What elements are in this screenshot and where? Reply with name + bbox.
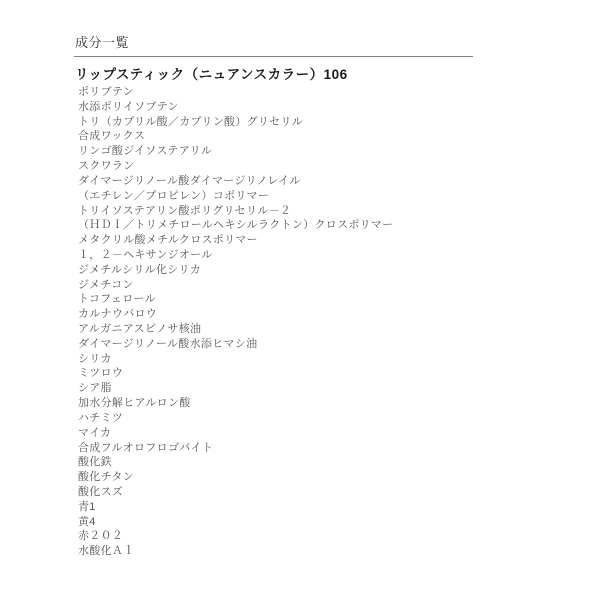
ingredient-item: ダイマージリノール酸ダイマージリノレイル <box>78 174 538 189</box>
ingredient-item: １，２－ヘキサンジオール <box>78 248 538 263</box>
ingredient-item: （エチレン／プロピレン）コポリマー <box>78 189 538 204</box>
ingredient-item: シリカ <box>78 352 538 367</box>
ingredient-item: リンゴ酸ジイソステアリル <box>78 144 538 159</box>
ingredient-item: ミツロウ <box>78 366 538 381</box>
ingredient-item: ジメチコン <box>78 278 538 293</box>
ingredient-item: メタクリル酸メチルクロスポリマー <box>78 233 538 248</box>
ingredient-item: 水酸化Ａｌ <box>78 544 538 559</box>
ingredient-item: ジメチルシリル化シリカ <box>78 263 538 278</box>
ingredient-item: 合成ワックス <box>78 129 538 144</box>
header-divider <box>74 56 473 57</box>
ingredient-item: アルガニアスピノサ核油 <box>78 322 538 337</box>
ingredient-item: ハチミツ <box>78 411 538 426</box>
ingredient-item: 合成フルオロフロゴパイト <box>78 441 538 456</box>
ingredient-item: 青1 <box>78 500 538 515</box>
section-title: 成分一覧 <box>75 36 129 50</box>
ingredient-item: 酸化チタン <box>78 470 538 485</box>
ingredient-item: スクワラン <box>78 159 538 174</box>
product-title: リップスティック（ニュアンスカラー）106 <box>75 67 348 82</box>
ingredient-item: 赤２０２ <box>78 529 538 544</box>
ingredient-item: マイカ <box>78 426 538 441</box>
ingredient-item: （ＨＤＩ／トリメチロールヘキシルラクトン）クロスポリマー <box>78 218 538 233</box>
ingredient-item: 加水分解ヒアルロン酸 <box>78 396 538 411</box>
ingredient-item: 酸化スズ <box>78 485 538 500</box>
ingredient-item: トリイソステアリン酸ポリグリセリル－２ <box>78 204 538 219</box>
ingredient-item: 水添ポリイソブテン <box>78 100 538 115</box>
ingredient-item: トリ（カプリル酸／カプリン酸）グリセリル <box>78 115 538 130</box>
ingredient-item: シア脂 <box>78 381 538 396</box>
ingredient-item: ポリブテン <box>78 85 538 100</box>
ingredient-item: 黄4 <box>78 515 538 530</box>
ingredient-page: 成分一覧 リップスティック（ニュアンスカラー）106 ポリブテン水添ポリイソブテ… <box>0 0 600 600</box>
ingredient-list: ポリブテン水添ポリイソブテントリ（カプリル酸／カプリン酸）グリセリル合成ワックス… <box>78 85 538 559</box>
ingredient-item: トコフェロール <box>78 292 538 307</box>
ingredient-item: ダイマージリノール酸水添ヒマシ油 <box>78 337 538 352</box>
ingredient-item: カルナウバロウ <box>78 307 538 322</box>
ingredient-item: 酸化鉄 <box>78 455 538 470</box>
